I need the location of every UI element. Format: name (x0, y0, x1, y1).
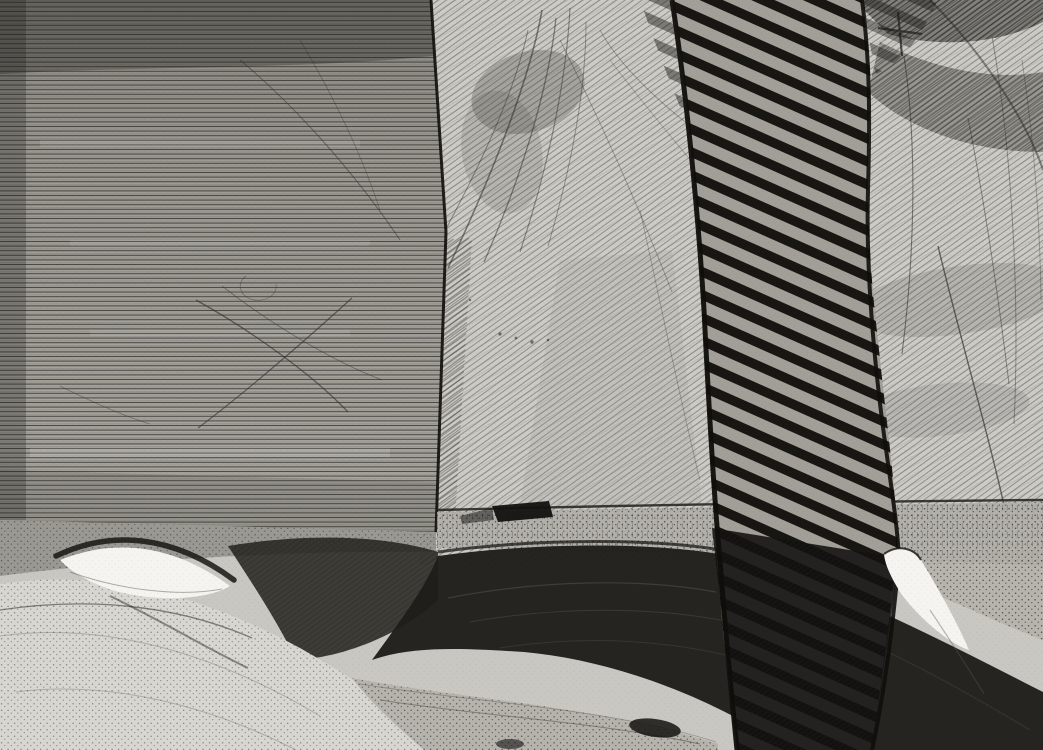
etching-artwork (0, 0, 1043, 750)
artwork-frame (0, 0, 1043, 750)
paper-grain-overlay (0, 0, 1043, 750)
